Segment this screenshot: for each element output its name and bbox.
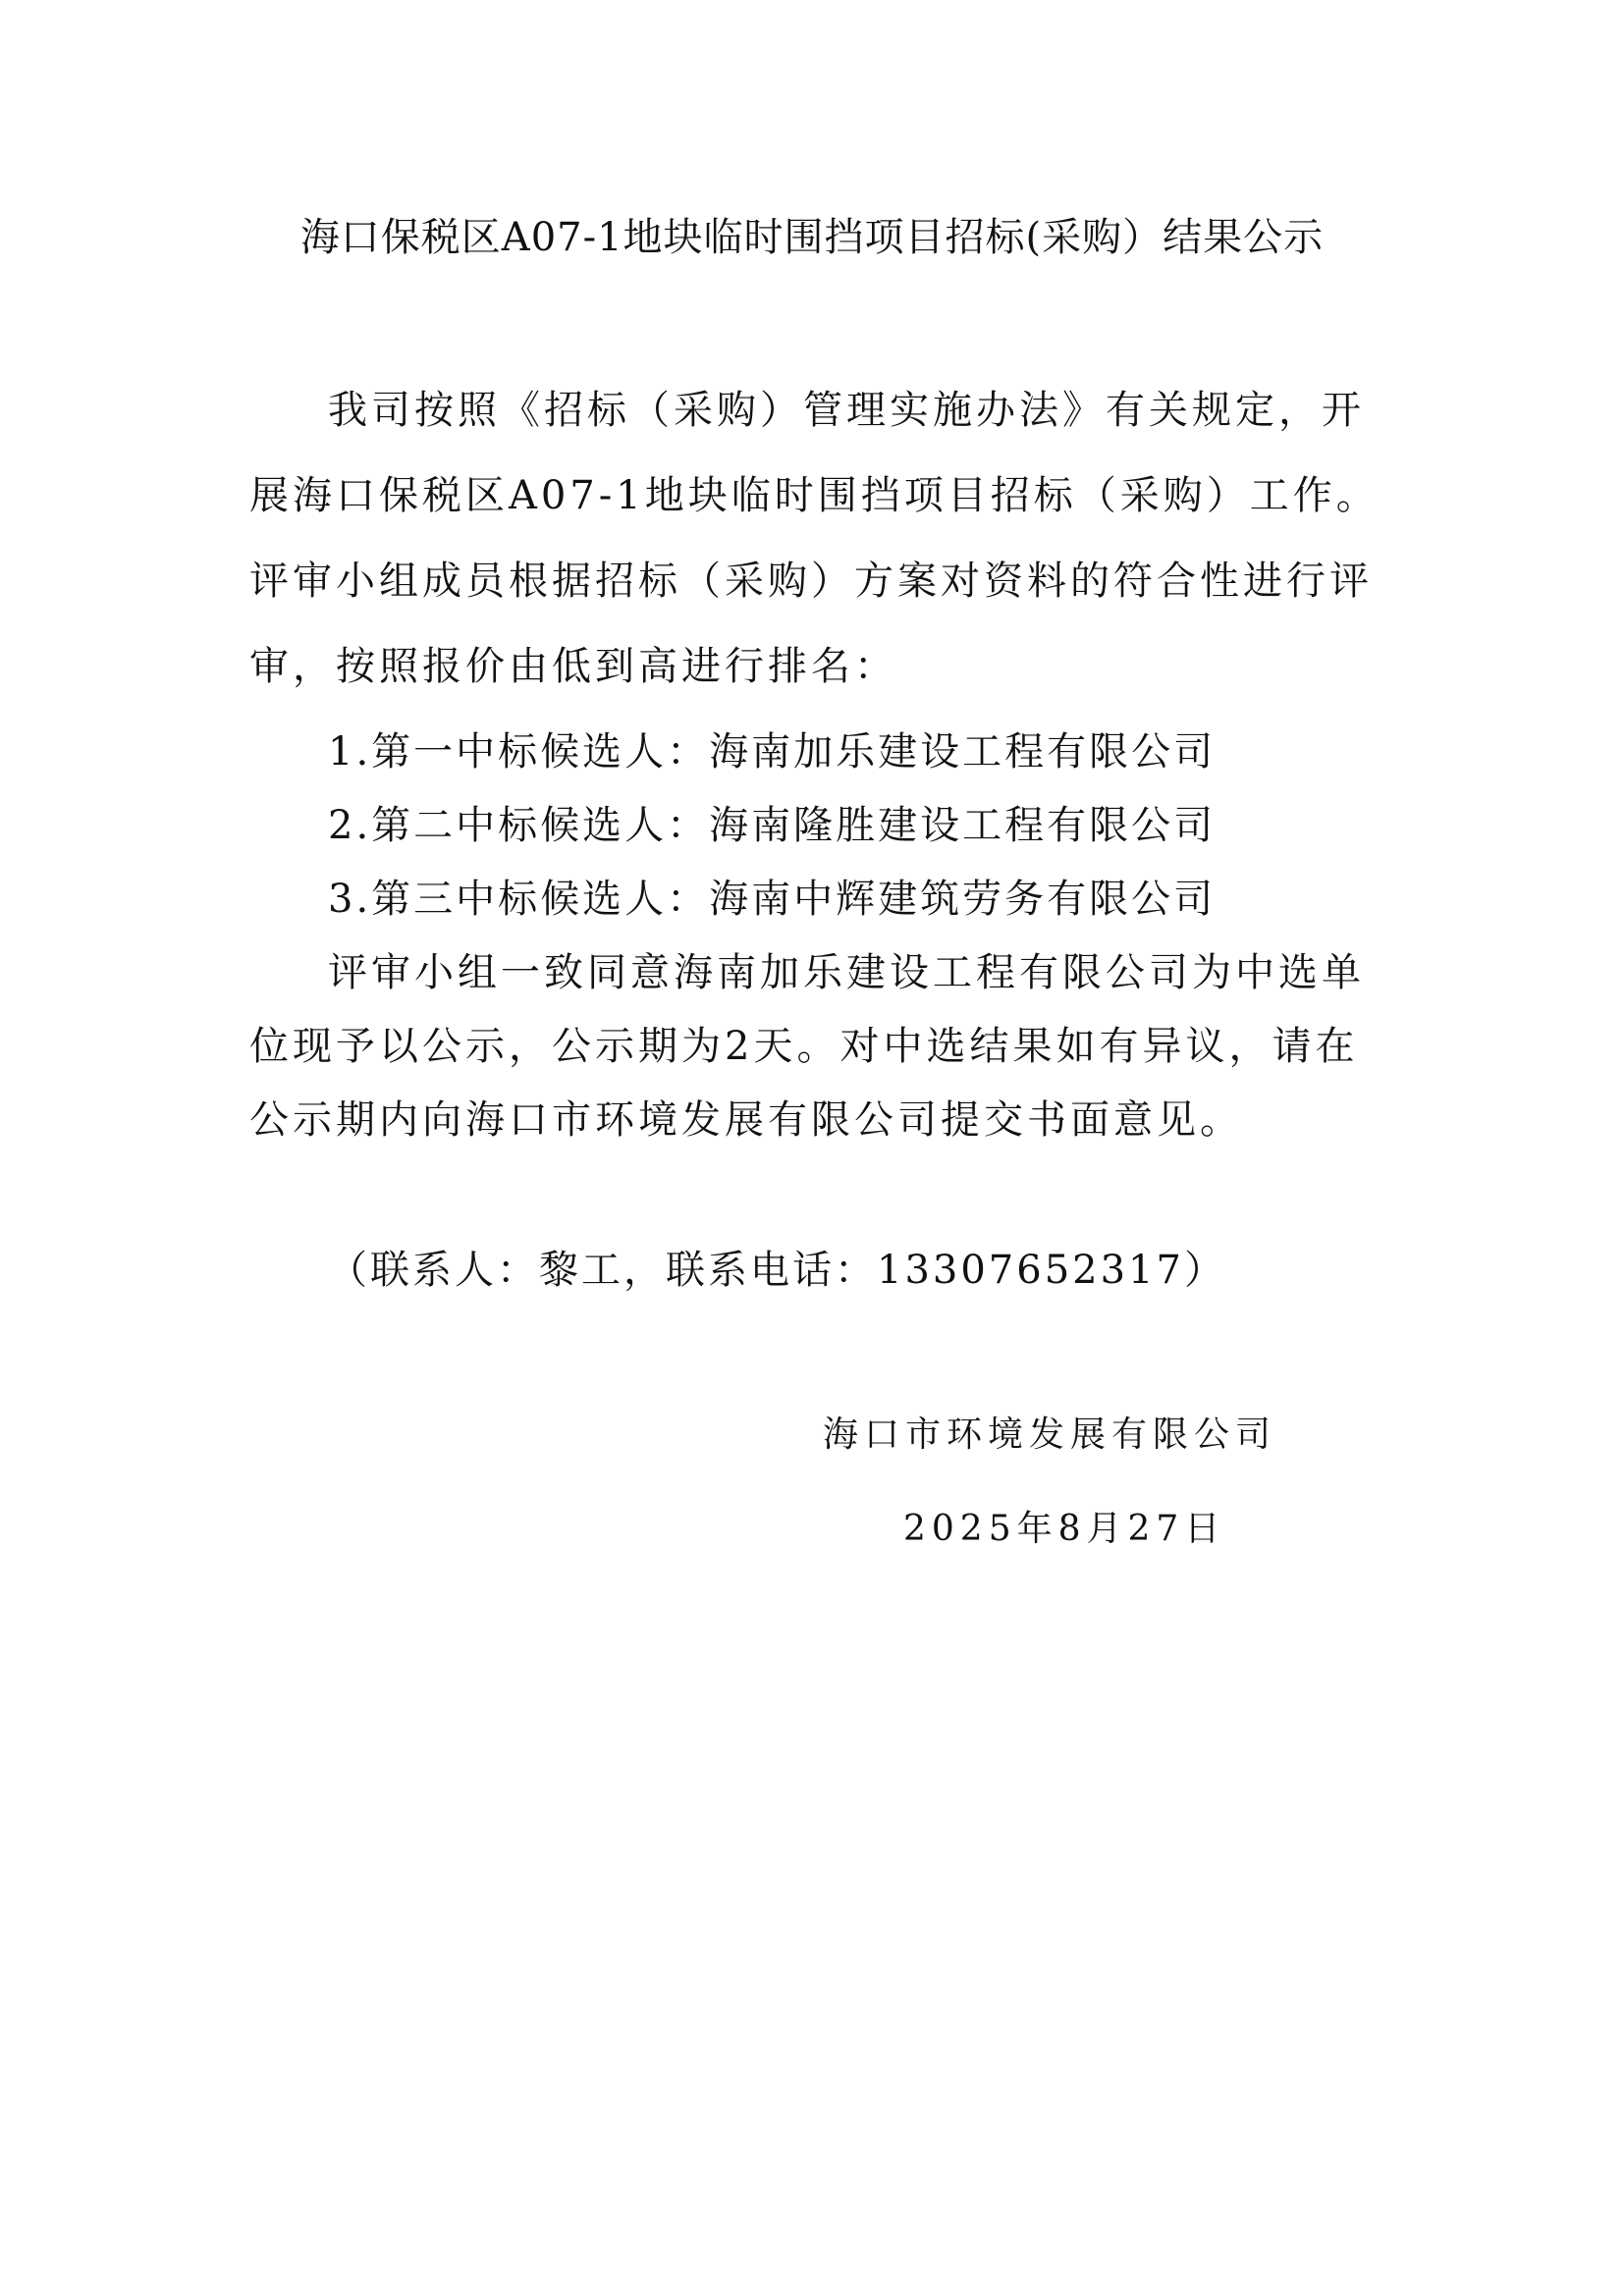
paragraph-2-line-1: 评审小组一致同意海南加乐建设工程有限公司为中选单 — [328, 943, 1467, 1002]
paragraph-2-line-3: 公示期内向海口市环境发展有限公司提交书面意见。 — [249, 1091, 1388, 1149]
document-page: 海口保税区A07-1地块临时围挡项目招标(采购）结果公示 我司按照《招标（采购）… — [0, 0, 1624, 2296]
candidate-label: 第三中标候选人： — [371, 877, 709, 922]
paragraph-1-line-2: 展海口保税区A07-1地块临时围挡项目招标（采购）工作。 — [249, 466, 1388, 525]
contact-info: （联系人：黎工，联系电话：13307652317） — [328, 1241, 1226, 1300]
paragraph-2-line-2: 位现予以公示，公示期为2天。对中选结果如有异议，请在 — [249, 1017, 1388, 1076]
paragraph-1-line-4: 审，按照报价由低到高进行排名： — [249, 637, 1388, 696]
candidate-label: 第一中标候选人： — [371, 729, 709, 774]
document-title: 海口保税区A07-1地块临时围挡项目招标(采购）结果公示 — [0, 208, 1624, 267]
paragraph-1-line-3: 评审小组成员根据招标（采购）方案对资料的符合性进行评 — [249, 552, 1388, 611]
candidate-rank: 2. — [328, 803, 371, 848]
candidate-company: 海南隆胜建设工程有限公司 — [709, 803, 1216, 848]
signature-date: 2025年8月27日 — [903, 1502, 1225, 1557]
candidate-list-item: 1.第一中标候选人：海南加乐建设工程有限公司 — [328, 722, 1216, 781]
candidate-company: 海南中辉建筑劳务有限公司 — [709, 877, 1216, 922]
candidate-company: 海南加乐建设工程有限公司 — [709, 729, 1216, 774]
candidate-list-item: 2.第二中标候选人：海南隆胜建设工程有限公司 — [328, 796, 1216, 855]
candidate-list-item: 3.第三中标候选人：海南中辉建筑劳务有限公司 — [328, 870, 1216, 929]
candidate-rank: 3. — [328, 877, 371, 922]
paragraph-1-line-1: 我司按照《招标（采购）管理实施办法》有关规定，开 — [328, 381, 1467, 440]
signature-company: 海口市环境发展有限公司 — [823, 1408, 1276, 1463]
candidate-label: 第二中标候选人： — [371, 803, 709, 848]
candidate-rank: 1. — [328, 729, 371, 774]
